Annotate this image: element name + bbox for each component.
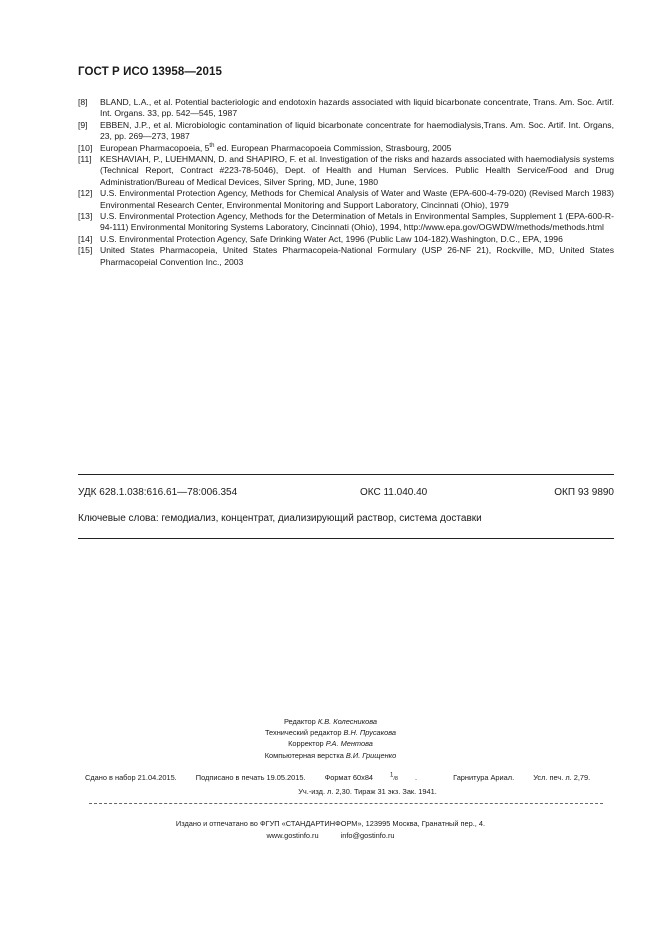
paper-format: Формат 60x841/8.: [325, 773, 434, 782]
signed-date: Подписано в печать 19.05.2015.: [196, 773, 306, 782]
reference-text: KESHAVIAH, P., LUEHMANN, D. and SHAPIRO,…: [100, 154, 614, 188]
reference-item: [11]KESHAVIAH, P., LUEHMANN, D. and SHAP…: [78, 154, 614, 188]
publisher-address: Издано и отпечатано во ФГУП «СТАНДАРТИНФ…: [0, 818, 661, 830]
reference-text: U.S. Environmental Protection Agency, Me…: [100, 188, 614, 211]
publisher-email[interactable]: info@gostinfo.ru: [341, 831, 395, 840]
bottom-divider: [78, 538, 614, 539]
reference-number: [8]: [78, 97, 100, 120]
publisher-info: Издано и отпечатано во ФГУП «СТАНДАРТИНФ…: [0, 818, 661, 842]
reference-item: [14]U.S. Environmental Protection Agency…: [78, 234, 614, 245]
credit-role: Технический редактор: [265, 728, 344, 737]
credit-role: Корректор: [288, 739, 326, 748]
credit-line: Компьютерная верстка В.И. Грищенко: [0, 750, 661, 761]
print-sheets: Усл. печ. л. 2,79.: [533, 773, 590, 782]
submitted-date: Сдано в набор 21.04.2015.: [85, 773, 177, 782]
reference-number: [14]: [78, 234, 100, 245]
reference-number: [13]: [78, 211, 100, 234]
references-list: [8]BLAND, L.A., et al. Potential bacteri…: [78, 97, 614, 268]
reference-text: United States Pharmacopeia, United State…: [100, 245, 614, 268]
reference-number: [10]: [78, 143, 100, 154]
reference-text: EBBEN, J.P., et al. Microbiologic contam…: [100, 120, 614, 143]
reference-text-part: ed. European Pharmacopoeia Commission, S…: [214, 143, 451, 153]
top-divider: [78, 474, 614, 475]
print-info-row: Сдано в набор 21.04.2015. Подписано в пе…: [85, 772, 610, 786]
credit-name: К.В. Колесникова: [318, 717, 377, 726]
credit-name: В.И. Грищенко: [346, 751, 396, 760]
format-text: Формат 60x84: [325, 773, 373, 782]
reference-item: [8]BLAND, L.A., et al. Potential bacteri…: [78, 97, 614, 120]
reference-number: [12]: [78, 188, 100, 211]
reference-text-part: European Pharmacopoeia, 5: [100, 143, 209, 153]
credit-line: Редактор К.В. Колесникова: [0, 716, 661, 727]
reference-item: [9]EBBEN, J.P., et al. Microbiologic con…: [78, 120, 614, 143]
reference-item: [13]U.S. Environmental Protection Agency…: [78, 211, 614, 234]
reference-text: U.S. Environmental Protection Agency, Sa…: [100, 234, 614, 245]
format-text: .: [415, 773, 417, 782]
typeface: Гарнитура Ариал.: [453, 773, 514, 782]
document-header: ГОСТ Р ИСО 13958—2015: [78, 66, 222, 78]
credit-role: Компьютерная верстка: [265, 751, 346, 760]
reference-text: U.S. Environmental Protection Agency, Me…: [100, 211, 614, 234]
publisher-website[interactable]: www.gostinfo.ru: [266, 831, 318, 840]
reference-item: [15]United States Pharmacopeia, United S…: [78, 245, 614, 268]
reference-number: [15]: [78, 245, 100, 268]
print-info-row-2: Уч.-изд. л. 2,30. Тираж 31 экз. Зак. 194…: [85, 786, 610, 798]
reference-item: [12]U.S. Environmental Protection Agency…: [78, 188, 614, 211]
format-fraction-denominator: /8: [393, 776, 398, 782]
oks-code: ОКС 11.040.40: [360, 487, 427, 498]
reference-text: BLAND, L.A., et al. Potential bacteriolo…: [100, 97, 614, 120]
udk-code: УДК 628.1.038:616.61—78:006.354: [78, 487, 237, 498]
credit-line: Технический редактор В.Н. Прусакова: [0, 727, 661, 738]
credit-name: Р.А. Ментова: [326, 739, 373, 748]
dashed-divider: [89, 803, 603, 804]
credit-name: В.Н. Прусакова: [343, 728, 396, 737]
publisher-contacts: www.gostinfo.ruinfo@gostinfo.ru: [0, 830, 661, 842]
reference-number: [11]: [78, 154, 100, 188]
credit-line: Корректор Р.А. Ментова: [0, 738, 661, 749]
print-info: Сдано в набор 21.04.2015. Подписано в пе…: [85, 772, 610, 797]
okp-code: ОКП 93 9890: [554, 487, 614, 498]
keywords: Ключевые слова: гемодиализ, концентрат, …: [78, 513, 482, 524]
credit-role: Редактор: [284, 717, 318, 726]
reference-text: European Pharmacopoeia, 5th ed. European…: [100, 143, 614, 154]
reference-item: [10]European Pharmacopoeia, 5th ed. Euro…: [78, 143, 614, 154]
reference-number: [9]: [78, 120, 100, 143]
credits: Редактор К.В. Колесникова Технический ре…: [0, 716, 661, 761]
